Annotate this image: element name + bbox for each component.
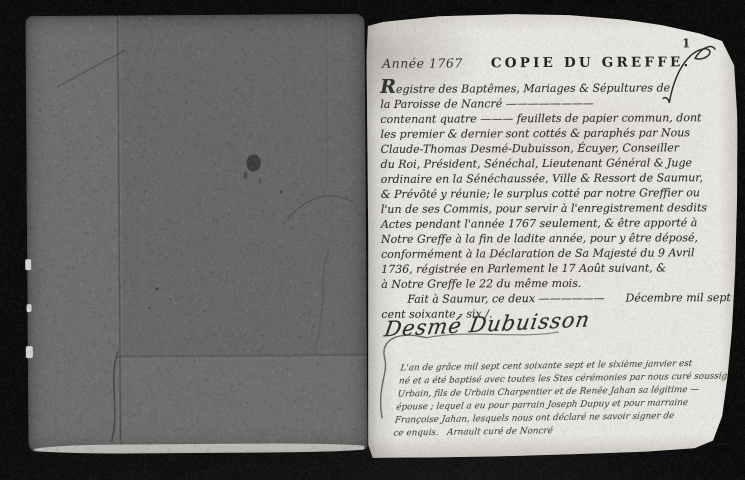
register-line: conformément à la Déclaration de Sa Maje… [381,245,727,262]
ink-speck [169,298,171,300]
cover-faint-ghost-mark [299,244,340,354]
greffe-certificate-text: Année 1767 COPIE DU GREFFE. Registre des… [380,54,727,322]
page-header: Année 1767 COPIE DU GREFFE. [382,54,726,72]
manuscript-page: 1 Année 1767 COPIE DU GREFFE. Registre d… [365,12,739,458]
cover-crease-horizontal [116,354,367,360]
cover-bottom-deckle-edge [33,443,364,454]
register-line: Registre des Baptêmes, Mariages & Sépult… [380,78,726,97]
closing-line: Fait à Saumur, ce deux —————— Décembre m… [381,290,727,307]
cover-crack-line [104,351,137,443]
cover-scratch-mark [277,172,361,237]
book-inside-cover [25,14,367,452]
scanned-book-spread: 1 Année 1767 COPIE DU GREFFE. Registre d… [0,0,745,480]
baptism-act-text: L'an de grâce mil sept cent soixante sep… [393,357,736,440]
edge-chip [25,259,31,270]
ink-blot [246,155,260,172]
year-label: Année 1767 [382,55,463,70]
document-title: COPIE DU GREFFE. [491,54,692,71]
ink-speck [149,306,151,309]
edge-chip [26,346,33,358]
ink-speck [263,211,265,213]
edge-chip [26,304,31,312]
ink-speck [155,287,158,290]
